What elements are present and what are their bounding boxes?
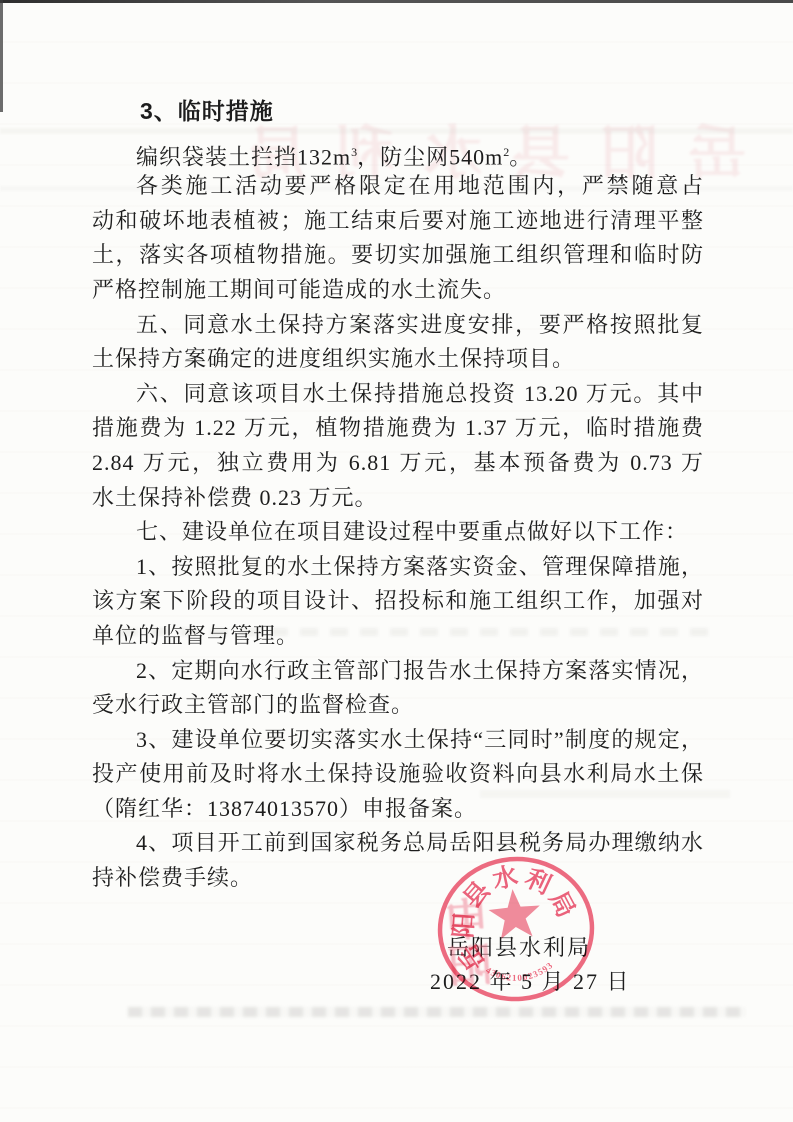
scan-left-edge-artifact [0, 0, 3, 112]
body-line: 受水行政主管部门的监督检查。 [92, 688, 704, 723]
body-line: 措施费为 1.22 万元，植物措施费为 1.37 万元，临时措施费为 [92, 411, 704, 446]
body-line: 动和破坏地表植被；施工结束后要对施工迹地进行清理平整覆 [92, 204, 704, 239]
body-line-item-seven: 七、建设单位在项目建设过程中要重点做好以下工作： [92, 515, 704, 550]
body-line-item-six: 六、同意该项目水土保持措施总投资 13.20 万元。其中工程 [92, 377, 704, 412]
body-line: 2.84 万元，独立费用为 6.81 万元，基本预备费为 0.73 万元， [92, 446, 704, 481]
scanned-document-page: 岳阳县水利局 3、临时措施 编织袋装土拦挡132m3，防尘网540m2。 各类施… [0, 0, 793, 1122]
body-line: 水土保持补偿费 0.23 万元。 [92, 481, 704, 516]
body-line: 严格控制施工期间可能造成的水土流失。 [92, 273, 704, 308]
body-line-contact: （隋红华：13874013570）申报备案。 [92, 792, 704, 827]
body-line-measurements: 编织袋装土拦挡132m3，防尘网540m2。 [92, 135, 704, 170]
body-line-subitem-4: 4、项目开工前到国家税务总局岳阳县税务局办理缴纳水土保 [92, 826, 704, 861]
official-red-seal: 岳 阳 县 水 利 局 4306210023593 [430, 848, 602, 1009]
measure-text: 。 [509, 144, 532, 169]
body-line-subitem-3: 3、建设单位要切实落实水土保持“三同时”制度的规定，在 [92, 723, 704, 758]
seal-char: 局 [544, 887, 580, 922]
scan-top-edge-artifact [0, 0, 793, 3]
body-line: 投产使用前及时将水土保持设施验收资料向县水利局水土保持股 [92, 757, 704, 792]
body-line-item-five: 五、同意水土保持方案落实进度安排，要严格按照批复的水 [92, 308, 704, 343]
measure-text: 编织袋装土拦挡132m [136, 144, 351, 169]
body-line: 持补偿费手续。 [92, 861, 704, 896]
body-line-subitem-1: 1、按照批复的水土保持方案落实资金、管理保障措施，做好 [92, 550, 704, 585]
measure-text: ，防尘网540m [357, 144, 503, 169]
seal-char: 利 [521, 864, 556, 900]
body-line: 土保持方案确定的进度组织实施水土保持项目。 [92, 342, 704, 377]
body-line: 各类施工活动要严格限定在用地范围内，严禁随意占压、扰 [92, 169, 704, 204]
seal-char: 岳 [454, 939, 491, 975]
section-heading-temporary-measures: 3、临时措施 [92, 94, 704, 129]
seal-char: 阳 [449, 912, 479, 939]
body-line: 土，落实各项植物措施。要切实加强施工组织管理和临时防护， [92, 238, 704, 273]
bleed-through-textline-ghost [128, 1007, 746, 1017]
body-line: 单位的监督与管理。 [92, 619, 704, 654]
seal-char: 水 [490, 862, 520, 895]
document-body: 3、临时措施 编织袋装土拦挡132m3，防尘网540m2。 各类施工活动要严格限… [92, 94, 704, 896]
seal-number: 4306210023593 [483, 959, 556, 985]
body-line: 该方案下阶段的项目设计、招投标和施工组织工作，加强对施工 [92, 584, 704, 619]
body-line-subitem-2: 2、定期向水行政主管部门报告水土保持方案落实情况，并接 [92, 654, 704, 689]
